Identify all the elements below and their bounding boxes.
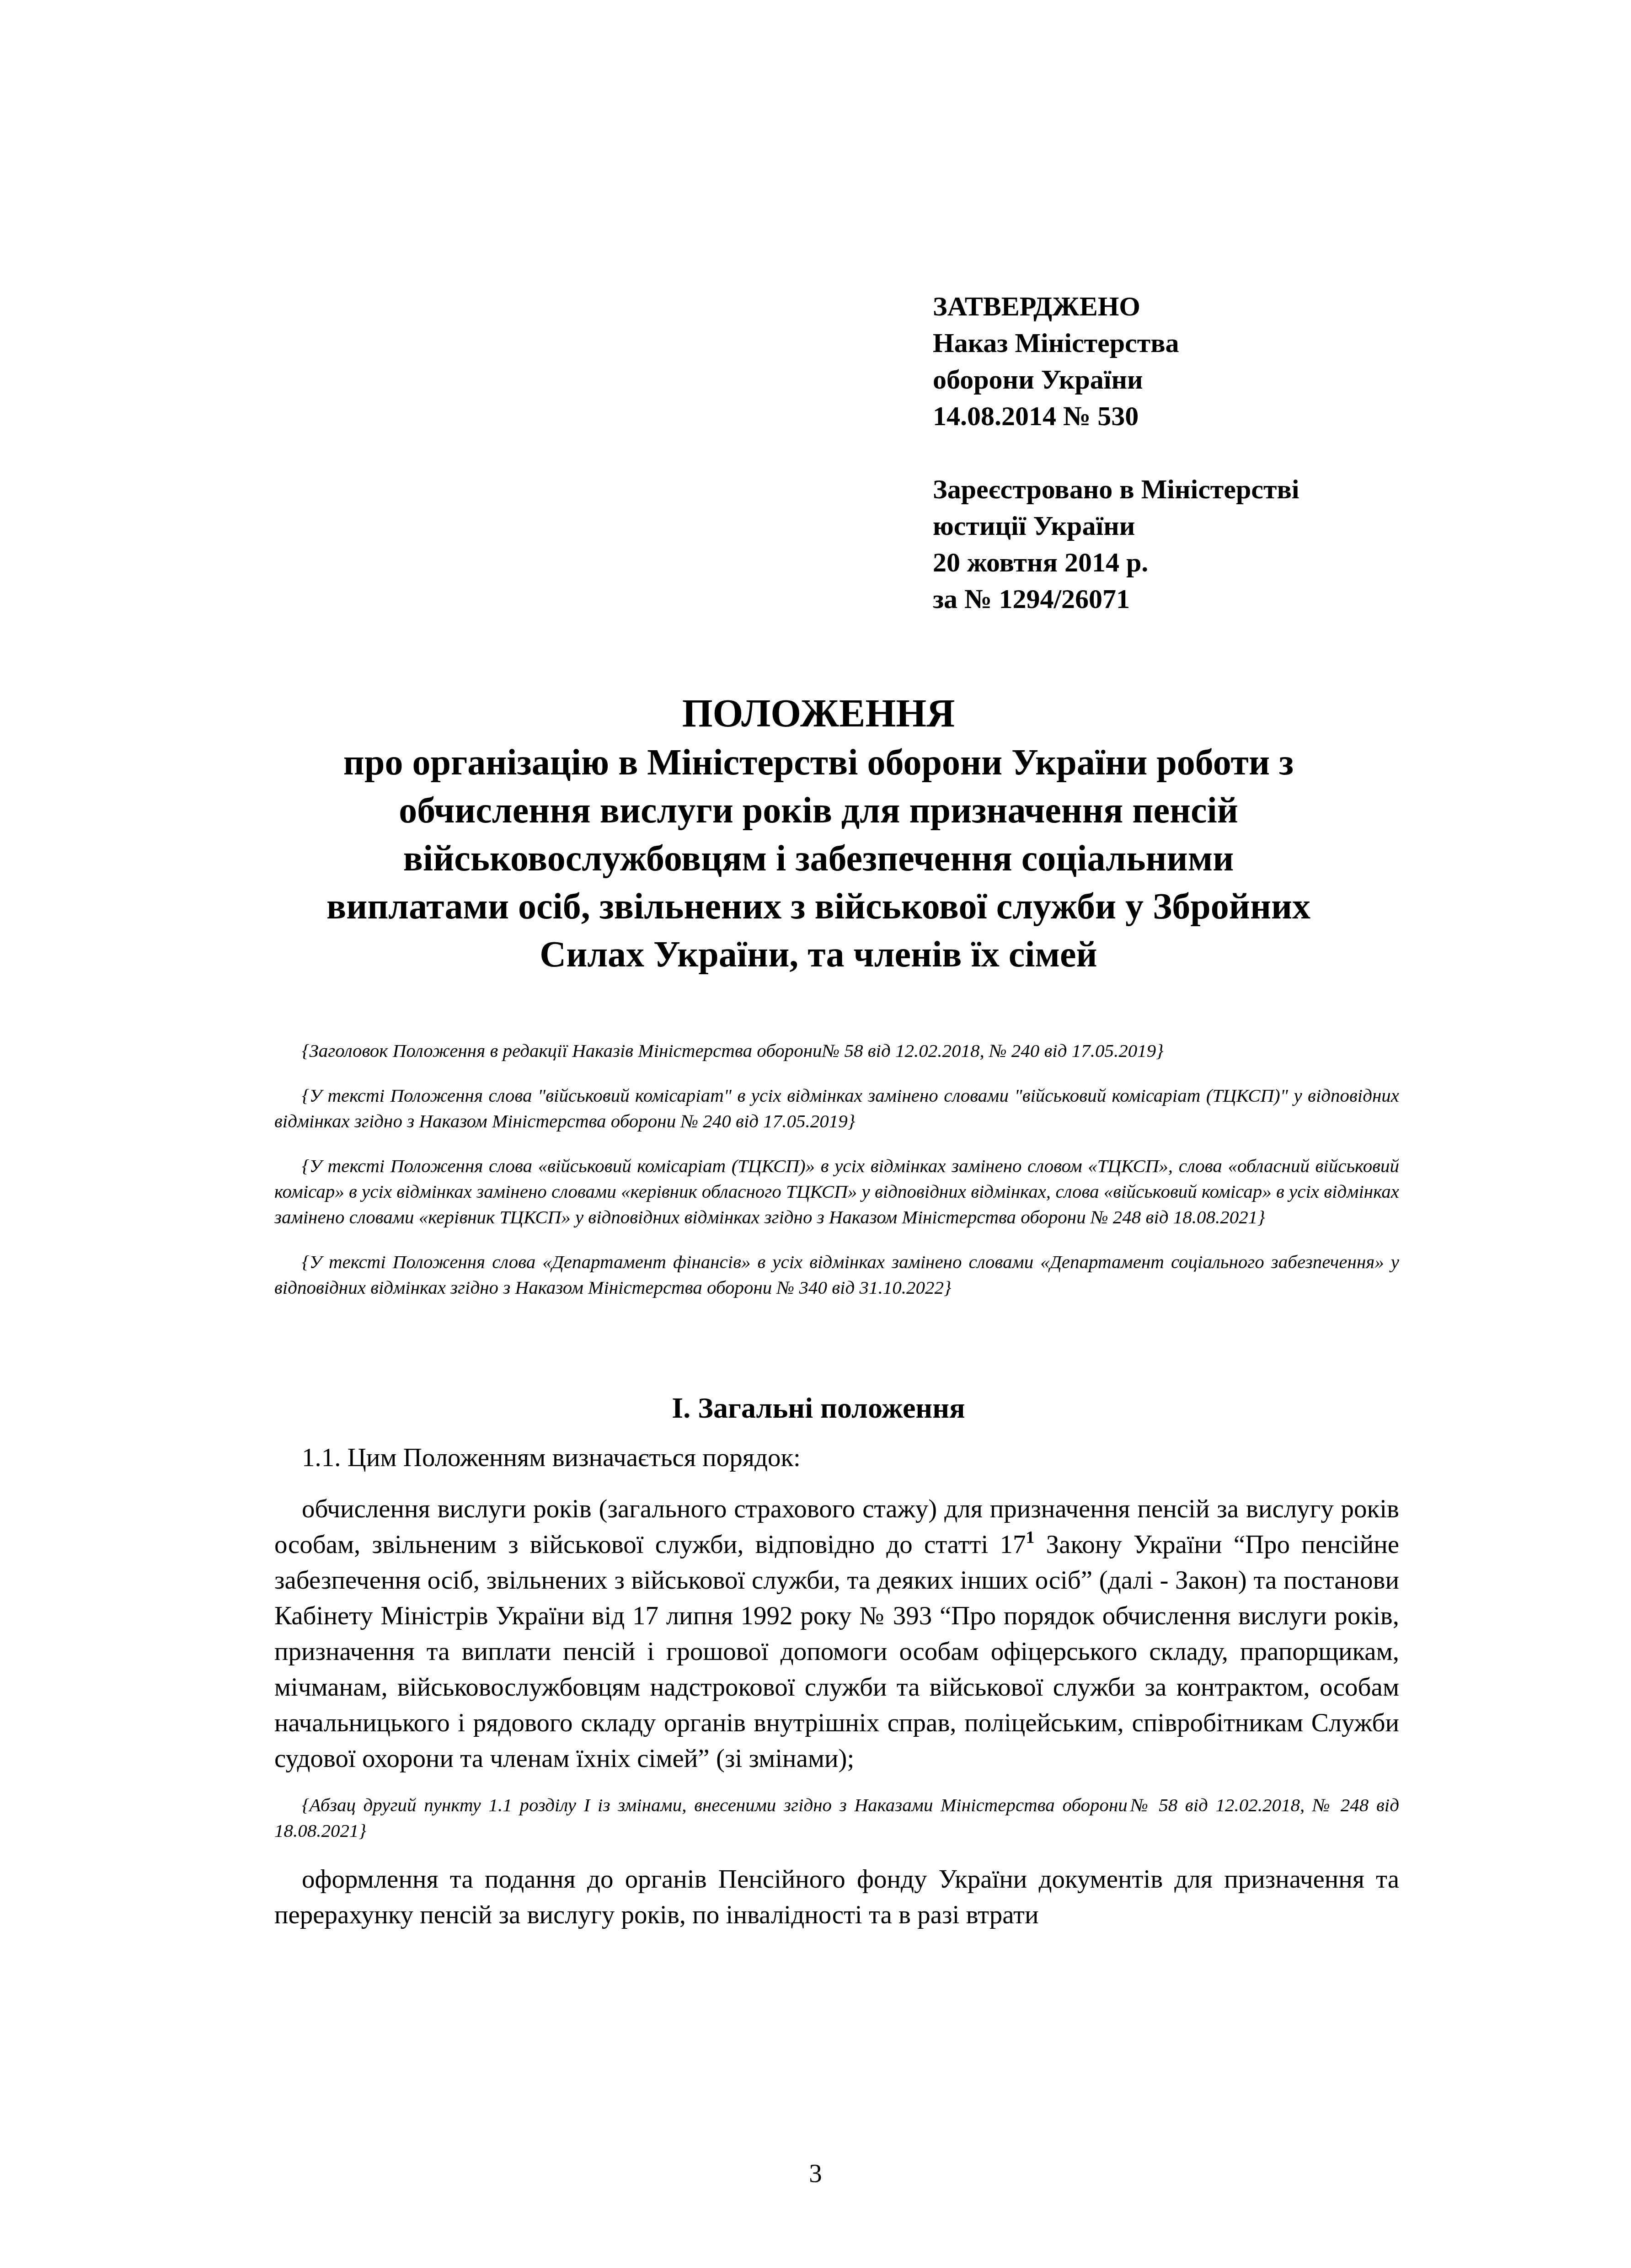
paragraph-submission: оформлення та подання до органів Пенсійн… [274,1862,1399,1933]
editorial-note: {Заголовок Положення в редакції Наказів … [274,1038,1399,1063]
approval-line: ЗАТВЕРДЖЕНО [933,288,1299,325]
document-page: ЗАТВЕРДЖЕНО Наказ Міністерства оборони У… [0,0,1631,2268]
article-superscript: 1 [1026,1528,1034,1547]
approval-stamp-block: ЗАТВЕРДЖЕНО Наказ Міністерства оборони У… [933,288,1299,617]
editorial-note: {У тексті Положення слова «Департамент ф… [274,1249,1399,1300]
paragraph-calculation: обчислення вислуги років (загального стр… [274,1491,1399,1777]
title-subtitle-line: обчислення вислуги років для призначення… [293,787,1344,834]
title-subtitle-line: про організацію в Міністерстві оборони У… [293,739,1344,786]
spacer [933,434,1299,471]
clause-1-1: 1.1. Цим Положенням визначається порядок… [274,1440,1399,1476]
page-number: 3 [0,2158,1631,2190]
approval-line: оборони України [933,361,1299,398]
editorial-note: {У тексті Положення слова «військовий ко… [274,1153,1399,1230]
section-heading: I. Загальні положення [293,1390,1344,1426]
title-subtitle-line: Силах України, та членів їх сімей [293,931,1344,978]
registration-line: юстиції України [933,507,1299,544]
document-title: ПОЛОЖЕННЯ про організацію в Міністерстві… [293,688,1344,978]
registration-line: Зареєстровано в Міністерстві [933,471,1299,507]
amendment-note: {Абзац другий пункту 1.1 розділу I із зм… [274,1792,1399,1843]
approval-line: Наказ Міністерства [933,325,1299,361]
editorial-note: {У тексті Положення слова "військовий ко… [274,1083,1399,1134]
approval-line: 14.08.2014 № 530 [933,398,1299,434]
registration-line: 20 жовтня 2014 р. [933,544,1299,581]
title-subtitle-line: виплатами осіб, звільнених з військової … [293,883,1344,930]
paragraph-text: Закону України “Про пенсійне забезпеченн… [274,1530,1399,1773]
title-main: ПОЛОЖЕННЯ [293,688,1344,738]
section-body: 1.1. Цим Положенням визначається порядок… [274,1440,1399,1948]
title-subtitle-line: військовослужбовцям і забезпечення соціа… [293,835,1344,882]
editorial-notes: {Заголовок Положення в редакції Наказів … [274,1038,1399,1319]
registration-line: за № 1294/26071 [933,581,1299,617]
